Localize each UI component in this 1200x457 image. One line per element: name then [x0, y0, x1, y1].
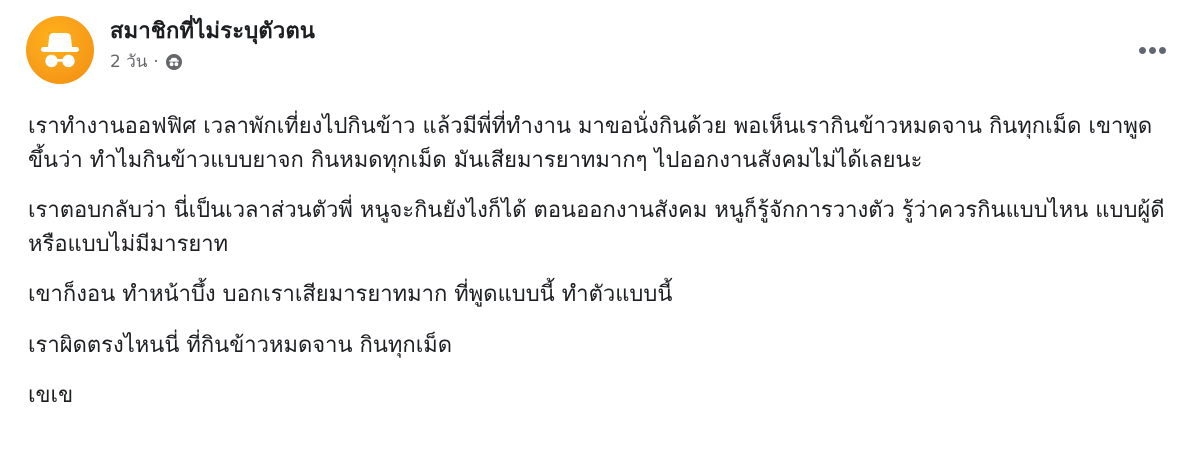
post-timestamp[interactable]: 2 วัน	[110, 52, 147, 72]
post-paragraph: เราทำงานออฟฟิศ เวลาพักเที่ยงไปกินข้าว แล…	[28, 110, 1178, 177]
post-paragraph: เราตอบกลับว่า นี่เป็นเวลาส่วนตัวพี่ หนูจ…	[28, 194, 1178, 261]
post-paragraph: เขเข	[28, 379, 1178, 413]
author-name[interactable]: สมาชิกที่ไม่ระบุตัวตน	[110, 18, 315, 46]
post-body: เราทำงานออฟฟิศ เวลาพักเที่ยงไปกินข้าว แล…	[28, 110, 1178, 430]
post-header: สมาชิกที่ไม่ระบุตัวตน 2 วัน ·	[26, 16, 315, 84]
post-meta: 2 วัน ·	[110, 52, 315, 72]
post-paragraph: เขาก็งอน ทำหน้าบึ้ง บอกเราเสียมารยาทมาก …	[28, 278, 1178, 312]
header-text: สมาชิกที่ไม่ระบุตัวตน 2 วัน ·	[110, 18, 315, 72]
avatar[interactable]	[26, 16, 94, 84]
more-options-icon-dot	[1159, 47, 1166, 54]
more-options-icon-dot	[1149, 47, 1156, 54]
more-options-icon	[1139, 47, 1146, 54]
post-paragraph: เราผิดตรงไหนนี่ ที่กินข้าวหมดจาน กินทุกเ…	[28, 329, 1178, 363]
meta-separator: ·	[153, 52, 158, 72]
anonymous-group-icon[interactable]	[165, 53, 183, 71]
incognito-icon	[26, 16, 94, 84]
more-options-button[interactable]	[1134, 40, 1170, 60]
facebook-post: สมาชิกที่ไม่ระบุตัวตน 2 วัน ·	[0, 0, 1200, 457]
